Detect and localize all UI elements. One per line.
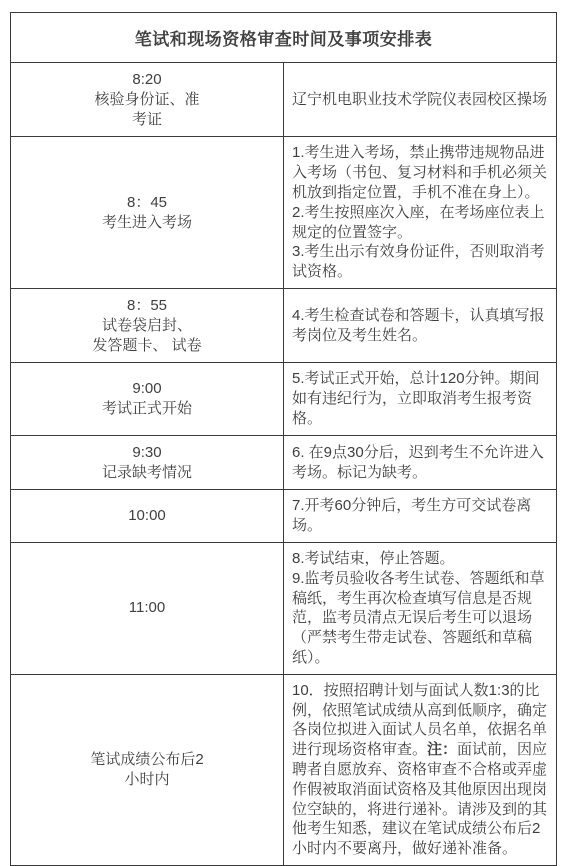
content-cell: 辽宁机电职业技术学院仪表园校区操场	[284, 63, 557, 137]
content-text-after-note: 面试前，因应聘者自愿放弃、资格审查不合格或弄虚作假被取消面试资格及其他原因出现岗…	[292, 741, 547, 857]
time-cell: 8：45 考生进入考场	[11, 137, 284, 289]
time-cell: 11:00	[11, 542, 284, 674]
content-cell: 1.考生进入考场，禁止携带违规物品进入考场（书包、复习材料和手机必须关机放到指定…	[284, 137, 557, 289]
schedule-table: 笔试和现场资格审查时间及事项安排表 8:20 核验身份证、准 考证 辽宁机电职业…	[10, 12, 557, 866]
table-row: 8:20 核验身份证、准 考证 辽宁机电职业技术学院仪表园校区操场	[11, 63, 557, 137]
table-title: 笔试和现场资格审查时间及事项安排表	[11, 13, 557, 63]
table-row: 笔试成绩公布后2 小时内 10．按照招聘计划与面试人数1:3的比例，依照笔试成绩…	[11, 674, 557, 865]
content-cell: 6. 在9点30分后，迟到考生不允许进入考场。标记为缺考。	[284, 435, 557, 490]
table-row: 8：45 考生进入考场 1.考生进入考场，禁止携带违规物品进入考场（书包、复习材…	[11, 137, 557, 289]
time-cell: 9:30 记录缺考情况	[11, 435, 284, 490]
table-row: 10:00 7.开考60分钟后，考生方可交试卷离场。	[11, 490, 557, 543]
content-cell: 8.考试结束，停止答题。 9.监考员验收各考生试卷、答题纸和草稿纸，考生再次检查…	[284, 542, 557, 674]
time-cell: 8：55 试卷袋启封、 发答题卡、 试卷	[11, 288, 284, 362]
table-row: 9:30 记录缺考情况 6. 在9点30分后，迟到考生不允许进入考场。标记为缺考…	[11, 435, 557, 490]
time-cell: 8:20 核验身份证、准 考证	[11, 63, 284, 137]
table-title-row: 笔试和现场资格审查时间及事项安排表	[11, 13, 557, 63]
time-cell: 10:00	[11, 490, 284, 543]
time-cell: 9:00 考试正式开始	[11, 363, 284, 435]
table-row: 11:00 8.考试结束，停止答题。 9.监考员验收各考生试卷、答题纸和草稿纸，…	[11, 542, 557, 674]
content-cell: 7.开考60分钟后，考生方可交试卷离场。	[284, 490, 557, 543]
content-cell: 5.考试正式开始，总计120分钟。期间如有违纪行为，立即取消考生报考资格。	[284, 363, 557, 435]
table-row: 9:00 考试正式开始 5.考试正式开始，总计120分钟。期间如有违纪行为，立即…	[11, 363, 557, 435]
time-cell: 笔试成绩公布后2 小时内	[11, 674, 284, 865]
page: 笔试和现场资格审查时间及事项安排表 8:20 核验身份证、准 考证 辽宁机电职业…	[0, 0, 567, 643]
note-label: 注：	[427, 741, 457, 758]
content-cell: 4.考生检查试卷和答题卡，认真填写报考岗位及考生姓名。	[284, 288, 557, 362]
table-row: 8：55 试卷袋启封、 发答题卡、 试卷 4.考生检查试卷和答题卡，认真填写报考…	[11, 288, 557, 362]
content-cell: 10．按照招聘计划与面试人数1:3的比例，依照笔试成绩从高到低顺序，确定各岗位拟…	[284, 674, 557, 865]
